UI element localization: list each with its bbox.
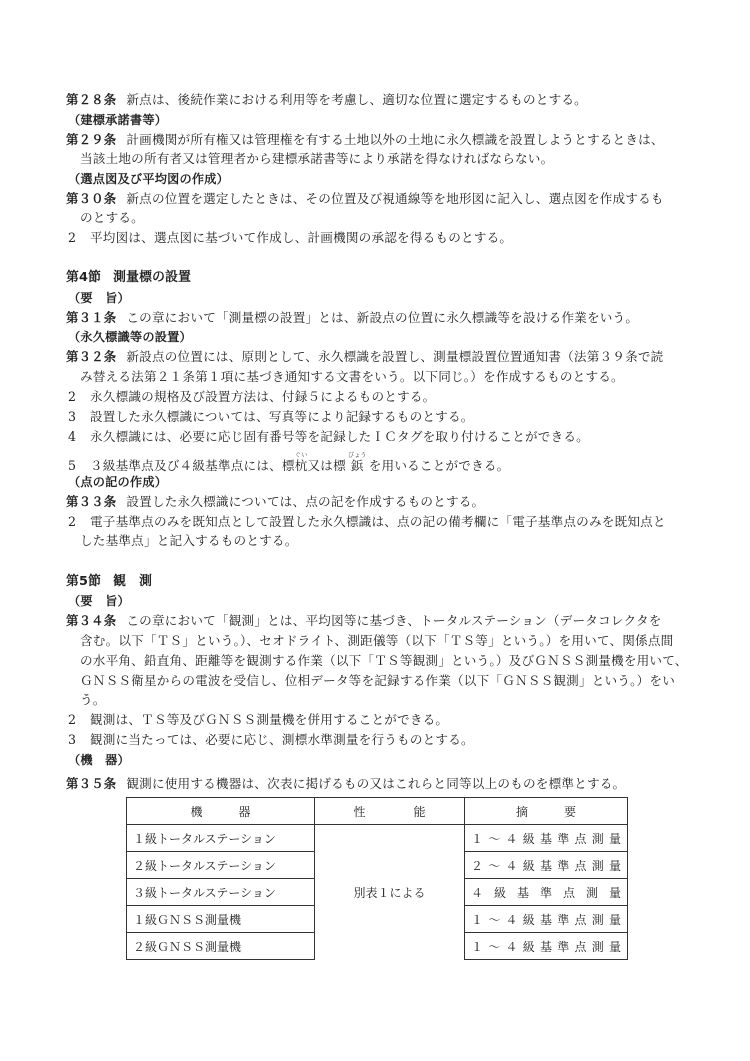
item-number: 3: [66, 732, 90, 748]
ruby-byo: 鋲びょう: [350, 458, 364, 473]
section-title: 観 測: [113, 574, 152, 589]
article-34-continuation-3: ＧＮＳＳ衛星からの電波を受信し、位相データ等を記録する作業（以下「ＧＮＳＳ観測」…: [80, 673, 675, 689]
article-text: 観測に使用する機器は、次表に掲げるもの又はこれらと同等以上のものを標準とする。: [126, 776, 625, 791]
article-30: 第３０条新点の位置を選定したときは、その位置及び視通線等を地形図に記入し、選点図…: [66, 191, 664, 207]
equipment-cell: １級トータルステーション: [127, 825, 315, 852]
article-34-item-2: 2観測は、ＴＳ等及びＧＮＳＳ測量機を併用することができる。: [66, 712, 448, 728]
equipment-cell: ３級トータルステーション: [127, 879, 315, 906]
article-34-continuation-1: 含む。以下「ＴＳ」という。）、セオドライト、測距儀等（以下「ＴＳ等」という。）を…: [80, 633, 673, 649]
caption-gist: （要 旨）: [68, 290, 130, 306]
item-text: ３級基準点及び４級基準点には、標: [90, 458, 295, 473]
article-35: 第３５条観測に使用する機器は、次表に掲げるもの又はこれらと同等以上のものを標準と…: [66, 776, 625, 792]
caption-selection-map: （選点図及び平均図の作成）: [68, 171, 229, 187]
item-text: 観測に当たっては、必要に応じ、測標水準測量を行うものとする。: [90, 732, 474, 747]
article-text: 新設点の位置には、原則として、永久標識を設置し、測量標設置位置通知書（法第３９条…: [126, 349, 663, 364]
caption-gist: （要 旨）: [68, 593, 130, 609]
section-5-heading: 第5節観 測: [66, 574, 152, 590]
section-4-heading: 第4節測量標の設置: [66, 270, 191, 286]
article-29-continuation: 当該土地の所有者又は管理者から建標承諾書等により承諾を得なければならない。: [80, 151, 553, 167]
article-31: 第３１条この章において「測量標の設置」とは、新設点の位置に永久標識等を設ける作業…: [66, 310, 638, 326]
section-title: 測量標の設置: [113, 270, 191, 285]
ruby-kui: 杭ぐい: [295, 458, 308, 473]
article-33: 第３３条設置した永久標識については、点の記を作成するものとする。: [66, 494, 484, 510]
article-text: 新点は、後続作業における利用等を考慮し、適切な位置に選定するものとする。: [126, 92, 587, 107]
header-equipment: 機 器: [127, 798, 315, 825]
article-30-item-2: 2平均図は、選点図に基づいて作成し、計画機関の承認を得るものとする。: [66, 230, 512, 246]
article-text: 新点の位置を選定したときは、その位置及び視通線等を地形図に記入し、選点図を作成す…: [126, 191, 663, 206]
article-32-item-2: 2永久標識の規格及び設置方法は、付録５によるものとする。: [66, 389, 435, 405]
article-29: 第２９条計画機関が所有権又は管理権を有する土地以外の土地に永久標識を設置しようと…: [66, 132, 664, 148]
equipment-cell: １級ＧＮＳＳ測量機: [127, 906, 315, 933]
article-number: 第３１条: [66, 310, 116, 325]
article-number: 第２９条: [66, 132, 116, 147]
item-number: 2: [66, 389, 90, 405]
remarks-cell: ２～４級基準点測量: [465, 852, 628, 879]
item-text: 永久標識には、必要に応じ固有番号等を記録したＩＣタグを取り付けることができる。: [90, 429, 589, 444]
article-32-item-3: 3設置した永久標識については、写真等により記録するものとする。: [66, 409, 474, 425]
item-number: 2: [66, 712, 90, 728]
article-32-item-4: 4永久標識には、必要に応じ固有番号等を記録したＩＣタグを取り付けることができる。: [66, 429, 589, 445]
equipment-table: 機 器 性 能 摘 要 １級トータルステーション 別表１による １～４級基準点測…: [126, 797, 628, 960]
article-33-item-2: 2電子基準点のみを既知点として設置した永久標識は、点の記の備考欄に「電子基準点の…: [66, 514, 666, 530]
article-30-continuation: のとする。: [80, 210, 144, 226]
article-number: 第３４条: [66, 613, 116, 628]
article-34: 第３４条この章において「観測」とは、平均図等に基づき、トータルステーション（デー…: [66, 613, 662, 629]
table-row: １級トータルステーション 別表１による １～４級基準点測量: [127, 825, 628, 852]
section-number: 第4節: [66, 270, 101, 285]
article-32-continuation: み替える法第２１条第１項に基づき通知する文書をいう。以下同じ。）を作成するものと…: [80, 369, 624, 385]
item-text: 観測は、ＴＳ等及びＧＮＳＳ測量機を併用することができる。: [90, 712, 448, 727]
article-34-continuation-2: の水平角、鉛直角、距離等を観測する作業（以下「ＴＳ等観測」という。）及びＧＮＳＳ…: [80, 653, 688, 669]
item-number: 3: [66, 409, 90, 425]
article-number: 第３０条: [66, 191, 116, 206]
item-text: 設置した永久標識については、写真等により記録するものとする。: [90, 409, 474, 424]
item-text: 永久標識の規格及び設置方法は、付録５によるものとする。: [90, 389, 435, 404]
equipment-cell: ２級ＧＮＳＳ測量機: [127, 933, 315, 960]
article-number: 第３２条: [66, 349, 116, 364]
article-number: 第３３条: [66, 494, 116, 509]
article-number: 第３５条: [66, 776, 116, 791]
article-text: 設置した永久標識については、点の記を作成するものとする。: [126, 494, 484, 509]
performance-cell: 別表１による: [315, 825, 465, 960]
item-number: 2: [66, 230, 90, 246]
caption-permanent-marker: （永久標識等の設置）: [68, 329, 192, 345]
article-number: 第２８条: [66, 92, 116, 107]
caption-construction-consent: （建標承諾書等）: [68, 112, 167, 128]
caption-point-description: （点の記の作成）: [68, 474, 167, 490]
article-33-item-2-continuation: した基準点」と記入するものとする。: [80, 533, 298, 549]
item-number: 4: [66, 429, 90, 445]
article-32: 第３２条新設点の位置には、原則として、永久標識を設置し、測量標設置位置通知書（法…: [66, 349, 663, 365]
item-text: 平均図は、選点図に基づいて作成し、計画機関の承認を得るものとする。: [90, 230, 512, 245]
header-remarks: 摘 要: [465, 798, 628, 825]
article-text: 計画機関が所有権又は管理権を有する土地以外の土地に永久標識を設置しようとするとき…: [126, 132, 663, 147]
article-28: 第２８条新点は、後続作業における利用等を考慮し、適切な位置に選定するものとする。: [66, 92, 587, 108]
article-text: この章において「測量標の設置」とは、新設点の位置に永久標識等を設ける作業をいう。: [126, 310, 638, 325]
article-34-item-3: 3観測に当たっては、必要に応じ、測標水準測量を行うものとする。: [66, 732, 474, 748]
section-number: 第5節: [66, 574, 101, 589]
table-header-row: 機 器 性 能 摘 要: [127, 798, 628, 825]
article-34-continuation-4: う。: [80, 692, 106, 708]
header-performance: 性 能: [315, 798, 465, 825]
remarks-cell: ４級基準点測量: [465, 879, 628, 906]
remarks-cell: １～４級基準点測量: [465, 825, 628, 852]
remarks-cell: １～４級基準点測量: [465, 906, 628, 933]
item-number: 5: [66, 456, 90, 476]
equipment-cell: ２級トータルステーション: [127, 852, 315, 879]
caption-equipment: （機 器）: [68, 752, 130, 768]
remarks-cell: １～４級基準点測量: [465, 933, 628, 960]
article-text: この章において「観測」とは、平均図等に基づき、トータルステーション（データコレク…: [126, 613, 661, 628]
article-32-item-5: 5３級基準点及び４級基準点には、標杭ぐい又は標 鋲びょう を用いることができる。: [66, 452, 509, 476]
item-text: 電子基準点のみを既知点として設置した永久標識は、点の記の備考欄に「電子基準点のみ…: [90, 514, 666, 529]
item-number: 2: [66, 514, 90, 530]
